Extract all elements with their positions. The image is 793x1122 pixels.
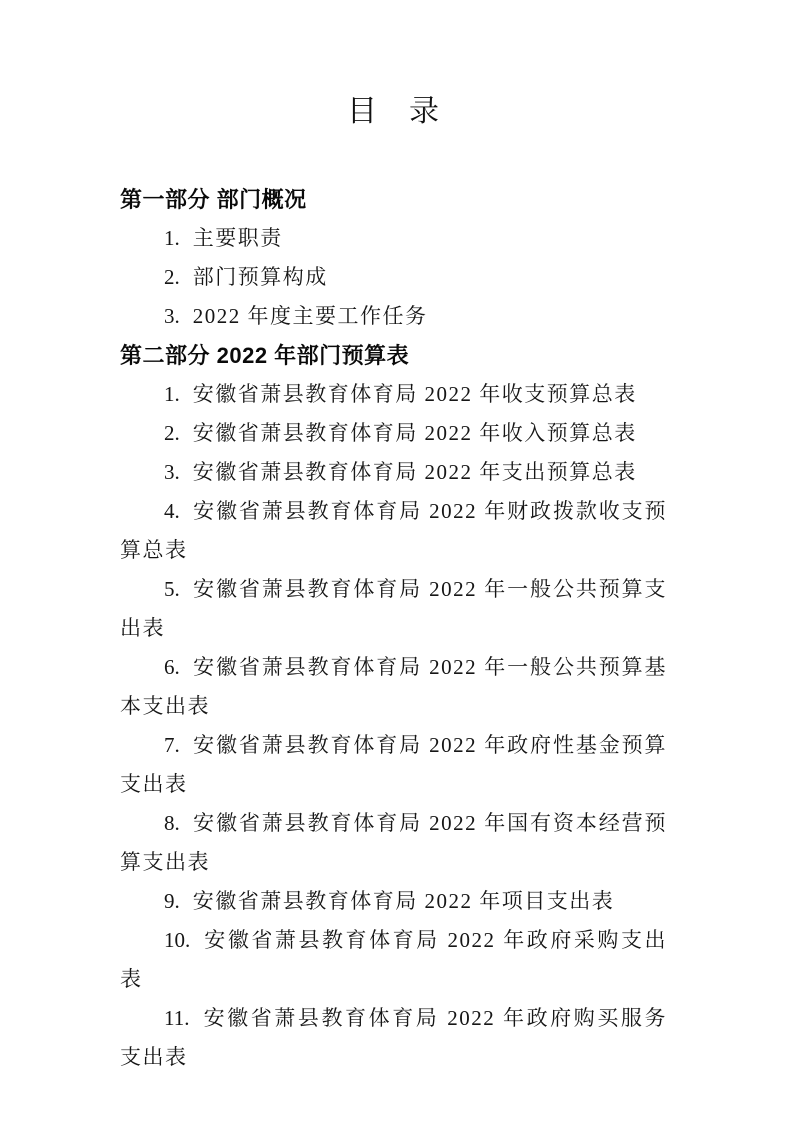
toc-item-part2-2: 2.安徽省萧县教育体育局 2022 年收入预算总表 xyxy=(120,414,667,453)
item-number: 3. xyxy=(164,460,180,484)
item-text: 安徽省萧县教育体育局 2022 年政府购买服务支出表 xyxy=(120,1006,667,1069)
toc-item-part1-2: 2.部门预算构成 xyxy=(120,258,667,297)
section-1-heading: 第一部分 部门概况 xyxy=(120,180,667,219)
item-text: 安徽省萧县教育体育局 2022 年财政拨款收支预算总表 xyxy=(120,499,667,562)
item-text: 安徽省萧县教育体育局 2022 年收支预算总表 xyxy=(193,382,637,406)
item-text: 安徽省萧县教育体育局 2022 年一般公共预算基本支出表 xyxy=(120,655,667,718)
item-text: 安徽省萧县教育体育局 2022 年收入预算总表 xyxy=(193,421,637,445)
item-number: 1. xyxy=(164,226,180,250)
item-text: 安徽省萧县教育体育局 2022 年项目支出表 xyxy=(193,889,615,913)
item-text: 安徽省萧县教育体育局 2022 年支出预算总表 xyxy=(193,460,637,484)
toc-item-part2-3: 3.安徽省萧县教育体育局 2022 年支出预算总表 xyxy=(120,453,667,492)
item-text: 主要职责 xyxy=(193,226,283,250)
item-number: 2. xyxy=(164,265,180,289)
toc-item-part2-10: 10.安徽省萧县教育体育局 2022 年政府采购支出表 xyxy=(120,921,667,999)
toc-item-part1-1: 1.主要职责 xyxy=(120,219,667,258)
item-number: 8. xyxy=(164,811,180,835)
toc-item-part2-7: 7.安徽省萧县教育体育局 2022 年政府性基金预算支出表 xyxy=(120,726,667,804)
item-text: 安徽省萧县教育体育局 2022 年政府性基金预算支出表 xyxy=(120,733,667,796)
item-number: 1. xyxy=(164,382,180,406)
item-text: 安徽省萧县教育体育局 2022 年政府采购支出表 xyxy=(120,928,667,991)
toc-item-part2-4: 4.安徽省萧县教育体育局 2022 年财政拨款收支预算总表 xyxy=(120,492,667,570)
item-number: 10. xyxy=(164,928,190,952)
toc-item-part2-6: 6.安徽省萧县教育体育局 2022 年一般公共预算基本支出表 xyxy=(120,648,667,726)
item-text: 2022 年度主要工作任务 xyxy=(193,304,428,328)
section-2-heading: 第二部分 2022 年部门预算表 xyxy=(120,336,667,375)
item-number: 7. xyxy=(164,733,180,757)
item-text: 安徽省萧县教育体育局 2022 年一般公共预算支出表 xyxy=(120,577,667,640)
toc-item-part2-8: 8.安徽省萧县教育体育局 2022 年国有资本经营预算支出表 xyxy=(120,804,667,882)
toc-item-part1-3: 3.2022 年度主要工作任务 xyxy=(120,297,667,336)
item-number: 9. xyxy=(164,889,180,913)
toc-item-part2-5: 5.安徽省萧县教育体育局 2022 年一般公共预算支出表 xyxy=(120,570,667,648)
toc-item-part2-1: 1.安徽省萧县教育体育局 2022 年收支预算总表 xyxy=(120,375,667,414)
item-number: 2. xyxy=(164,421,180,445)
item-number: 4. xyxy=(164,499,180,523)
toc-item-part2-11: 11.安徽省萧县教育体育局 2022 年政府购买服务支出表 xyxy=(120,999,667,1077)
toc-item-part2-9: 9.安徽省萧县教育体育局 2022 年项目支出表 xyxy=(120,882,667,921)
item-text: 部门预算构成 xyxy=(193,265,328,289)
item-number: 3. xyxy=(164,304,180,328)
item-number: 11. xyxy=(164,1006,189,1030)
item-text: 安徽省萧县教育体育局 2022 年国有资本经营预算支出表 xyxy=(120,811,667,874)
item-number: 6. xyxy=(164,655,180,679)
document-page: 目 录 第一部分 部门概况 1.主要职责 2.部门预算构成 3.2022 年度主… xyxy=(0,0,793,1122)
toc-title: 目 录 xyxy=(120,92,667,132)
item-number: 5. xyxy=(164,577,180,601)
